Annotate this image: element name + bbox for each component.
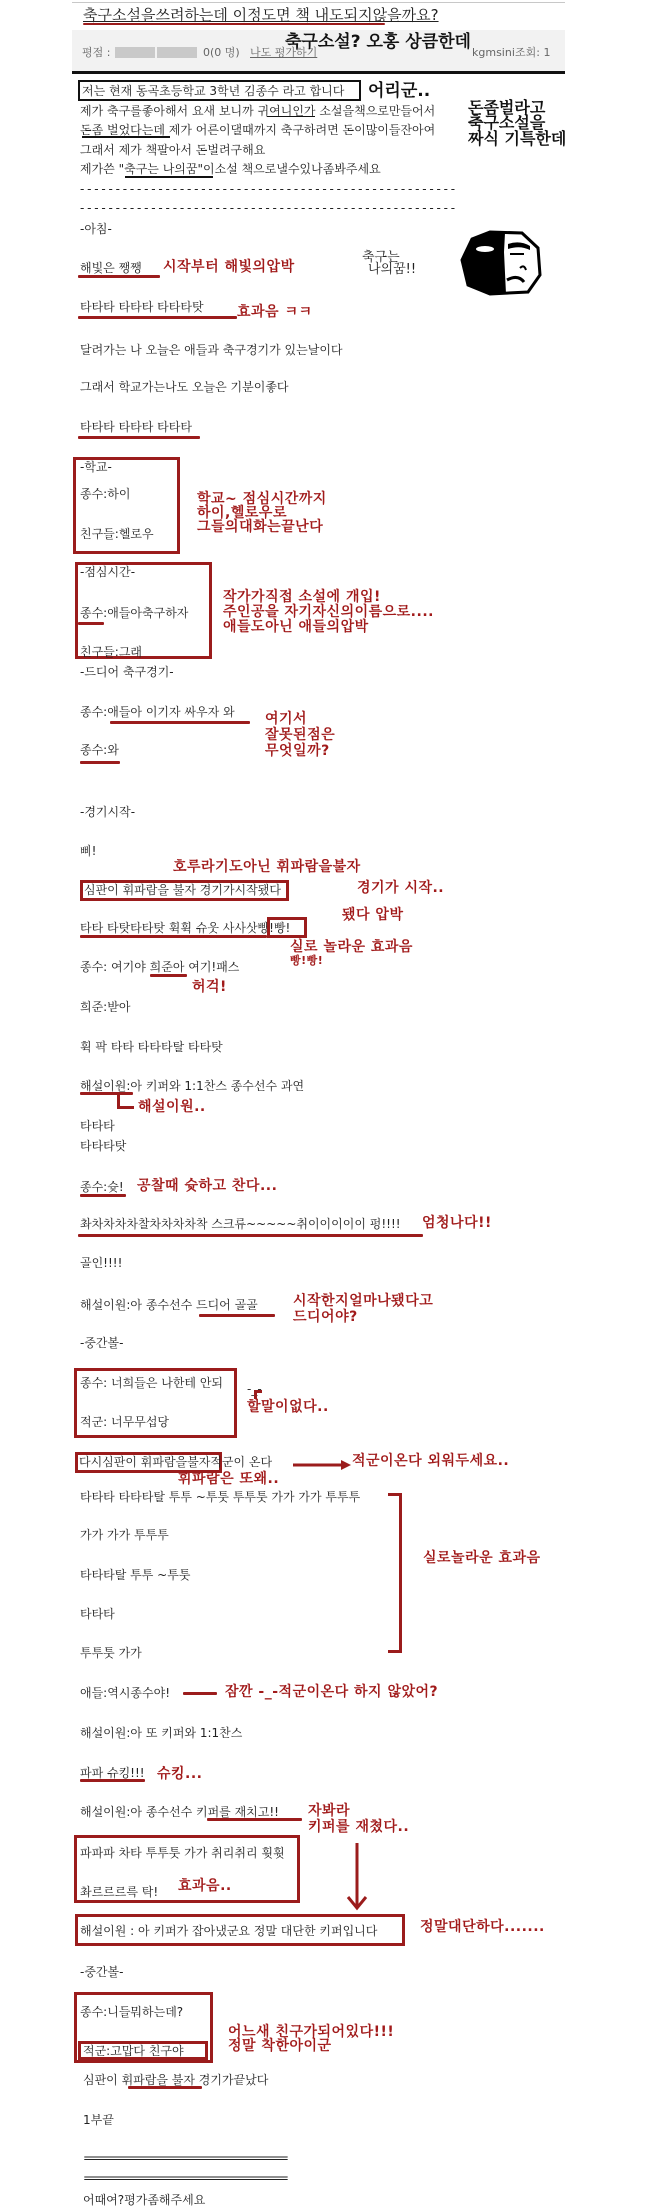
rating-value: 0(0 명)	[203, 46, 240, 59]
underline-mark	[125, 176, 213, 178]
annotation-box	[267, 917, 307, 938]
annotation-really-great: 정말대단하다.......	[420, 1920, 545, 1935]
underline-mark	[267, 116, 315, 117]
arrow-down-icon	[346, 1843, 368, 1911]
rating-bar-2	[157, 47, 197, 58]
section-heading: -중간볼-	[80, 1965, 123, 1979]
story-line: 친구들:그래	[80, 645, 142, 659]
underline-mark	[80, 1779, 145, 1782]
story-line: 제가쓴 "축구는 나의꿈"이소설 책으로낼수있나좀봐주세요	[80, 162, 381, 176]
story-line: 돈좀 벌었다는데 제가 어른이댈때까지 축구하려면 돈이많이들잔아여	[80, 123, 435, 137]
pointer-line	[183, 1692, 217, 1695]
underline-mark	[78, 316, 237, 319]
comment-young: 어리군..	[368, 82, 430, 100]
annotation-since-when: 시작한지얼마나됐다고	[293, 1294, 433, 1309]
story-line: 삐!	[80, 844, 96, 858]
underline-mark	[82, 136, 170, 138]
story-line: 심판이 휘파람을 불자 경기가시작됐다	[84, 883, 281, 897]
story-line: 해설이원:아 종수선수 키퍼를 재치고!!	[80, 1805, 279, 1819]
annotation-friends: 정말 착한아이군	[228, 2039, 332, 2054]
annotation-see: 키퍼를 재쳤다..	[308, 1820, 409, 1835]
story-line: 해설이원 : 아 키퍼가 잡아냈군요 정말 대단한 키퍼입니다	[80, 1924, 377, 1938]
story-line: 종수:애들아축구하자	[80, 606, 188, 620]
section-heading: -아침-	[80, 222, 112, 236]
story-line: 제가 축구를좋아해서 요새 보니까 귀여니인가 소설을책으로만들어서	[80, 104, 435, 118]
story-line: 가가 가가 투투투	[80, 1528, 169, 1542]
story-line: 타타타탈 투투 ~투툿	[80, 1568, 190, 1582]
header-divider	[72, 71, 565, 74]
annotation-awesome: 엄청나다!!	[422, 1216, 492, 1231]
annotation-wrong: 여기서	[265, 712, 307, 727]
story-line: 종수: 너희들은 나한테 안되	[80, 1376, 223, 1390]
story-line: 타타타	[80, 1607, 115, 1621]
story-line: 해설이원:아 키퍼와 1:1찬스 종수선수 과연	[80, 1079, 304, 1093]
underline-mark	[150, 974, 187, 977]
underline-mark	[78, 622, 104, 625]
divider-equals: ==============================	[83, 2151, 286, 2165]
story-line: 해설이원:아 종수선수 드디어 골골	[80, 1298, 258, 1312]
annotation-author: 주인공을 자기자신의이름으로....	[223, 605, 434, 620]
story-line: 타타 타탓타타탓 휙휙 슈웃 사사삿빵!빵!	[80, 921, 290, 935]
post-title: 축구소설을쓰려하는데 이정도면 책 내도되지않을까요?	[83, 6, 439, 24]
top-rule	[72, 2, 565, 3]
story-line: 타타타탓	[80, 1139, 126, 1153]
underline-mark	[78, 1234, 423, 1237]
underline-mark	[80, 935, 267, 938]
rage-face-icon	[460, 230, 542, 296]
annotation-pressure: 됐다 압박	[342, 908, 403, 923]
annotation-commentator: 해설이원..	[138, 1100, 206, 1115]
story-line: 해설이원:아 또 키퍼와 1:1찬스	[80, 1726, 242, 1740]
story-line: 종수:와	[80, 743, 119, 757]
story-line: 어때여?평가좀해주세요	[83, 2193, 205, 2207]
annotation-sfx2: 효과음..	[178, 1879, 232, 1894]
story-line: 파파파 차타 투투툿 가가 취리취리 휫휫	[80, 1846, 285, 1860]
story-line: 적군: 너무무섭당	[80, 1415, 169, 1429]
underline-mark	[78, 275, 160, 278]
annotation-memorize: 적군이온다 외워두세요..	[352, 1454, 509, 1469]
story-line: 종수:하이	[80, 487, 130, 501]
story-line: 그래서 제가 책팔아서 돈벌려구해요	[80, 143, 265, 157]
underline-mark	[128, 2086, 202, 2089]
story-line: 타타타 타타타 타타타	[80, 420, 192, 434]
rating-bar-1	[115, 47, 155, 58]
story-line: 종수:애들아 이기자 싸우자 와	[80, 705, 235, 719]
annotation-speechless: 할말이없다..	[247, 1400, 329, 1415]
story-line: 촤차차차차찰차차차차착 스크류~~~~~취이이이이이 펑!!!!	[80, 1217, 401, 1231]
annotation-amazing-sfx2: 실로놀라운 효과음	[423, 1551, 541, 1566]
story-line: 타타타 타타타 타타타탓	[80, 300, 204, 314]
annotation-sunshine: 시작부터 해빛의압박	[163, 260, 295, 275]
annotation-gasp: 허걱!	[192, 980, 227, 995]
arrow-right-icon	[293, 1456, 351, 1468]
story-line: 종수:니들뭐하는데?	[80, 2005, 183, 2019]
annotation-author: 작가가직접 소설에 개입!	[223, 590, 381, 605]
annotation-wrong: 무엇일까?	[265, 744, 330, 759]
story-line: 달려가는 나 오늘은 애들과 축구경기가 있는날이다	[80, 343, 343, 357]
story-line: 종수:슛!	[80, 1180, 124, 1194]
annotation-game-start: 경기가 시작..	[357, 881, 444, 896]
story-line: 휙 팍 타타 타타타탈 타타탓	[80, 1040, 223, 1054]
annotation-see: 자봐라	[308, 1804, 350, 1819]
bracket-mark	[117, 1095, 134, 1109]
story-line: 파파 슈킹!!!	[80, 1766, 145, 1780]
divider-dashes: ----------------------------------------…	[80, 182, 458, 196]
story-line: 다시심판이 휘파람을불자적군이 온다	[79, 1455, 272, 1469]
story-line: 타타타 타타타탈 투투 ~투툿 투투툿 가가 가가 투투투	[80, 1490, 360, 1504]
story-line: 투투툿 가가	[80, 1646, 142, 1660]
underline-mark	[80, 761, 120, 764]
underline-mark	[110, 721, 250, 724]
section-heading: -드디어 축구경기-	[80, 665, 174, 679]
story-line: 촤르르르륵 탁!	[80, 1885, 158, 1899]
annotation-whistle-not: 호루라기도아닌 휘파람을불자	[173, 860, 361, 875]
annotation-wrong: 잘못된점은	[265, 728, 335, 743]
story-line: 애들:역시종수야!	[80, 1686, 170, 1700]
annotation-sfx-lol: 효과음 ㅋㅋ	[237, 305, 313, 320]
annotation-whistle-why: 휘파람은 또왜..	[178, 1472, 279, 1487]
annotation-wait: 잠깐 -_-적군이온다 하지 않았어?	[225, 1685, 438, 1700]
forum-post-page: 축구소설을쓰려하는데 이정도면 책 내도되지않을까요? 평점 : 0(0 명) …	[0, 0, 650, 2210]
comment-header: 축구소설? 오홍 상큼한데	[285, 33, 471, 51]
annotation-amazing-sfx: 빵!빵!	[290, 955, 323, 967]
annotation-amazing-sfx: 실로 놀라운 효과음	[290, 940, 413, 955]
story-line: 해빛은 쨍쨍	[80, 261, 142, 275]
story-line: 그래서 학교가는나도 오늘은 기분이좋다	[80, 380, 289, 394]
underline-mark	[199, 1314, 275, 1317]
comment-dream-2: 나의꿈!!	[368, 263, 416, 276]
annotation-since-when: 드디어야?	[293, 1310, 358, 1325]
story-line: 타타타	[80, 1119, 115, 1133]
title-red-underline	[83, 23, 385, 25]
story-line: 적군:고맙다 친구야	[83, 2044, 184, 2058]
view-count: 조회: 1	[515, 46, 550, 59]
story-line: 1부끝	[83, 2113, 114, 2127]
section-heading: -중간볼-	[80, 1336, 123, 1350]
section-heading: -학교-	[80, 460, 112, 474]
underline-mark	[78, 436, 200, 439]
bracket-mark	[388, 1493, 402, 1653]
annotation-shooking: 슈킹...	[157, 1767, 203, 1782]
underline-mark	[80, 1194, 126, 1197]
corner-mark	[254, 1390, 262, 1399]
annotation-kick: 공찰때 슛하고 찬다...	[137, 1179, 277, 1194]
story-line: 골인!!!!	[80, 1256, 122, 1270]
underline-mark	[207, 1818, 302, 1821]
section-heading: -점심시간-	[80, 565, 135, 579]
divider-equals: ==============================	[83, 2171, 286, 2185]
story-line: 희준:받아	[80, 1000, 130, 1014]
story-line: 종수: 여기야 희준아 여기!패스	[80, 960, 239, 974]
story-line: 저는 현재 동곡초등학교 3학년 김종수 라고 합니다	[82, 84, 344, 98]
section-heading: -경기시작-	[80, 805, 135, 819]
rating-label: 평점 :	[82, 46, 110, 59]
author-name[interactable]: kgmsini	[472, 46, 515, 59]
divider-dashes: ----------------------------------------…	[80, 201, 458, 215]
story-line: 친구들:헬로우	[80, 527, 154, 541]
story-line: 심판이 휘파람을 불자 경기가끝났다	[83, 2073, 268, 2087]
annotation-author: 애들도아닌 애들의압박	[223, 620, 369, 635]
annotation-school: 그들의대화는끝난다	[197, 520, 323, 535]
comment-money-3: 짜식 기특한데	[468, 131, 566, 147]
